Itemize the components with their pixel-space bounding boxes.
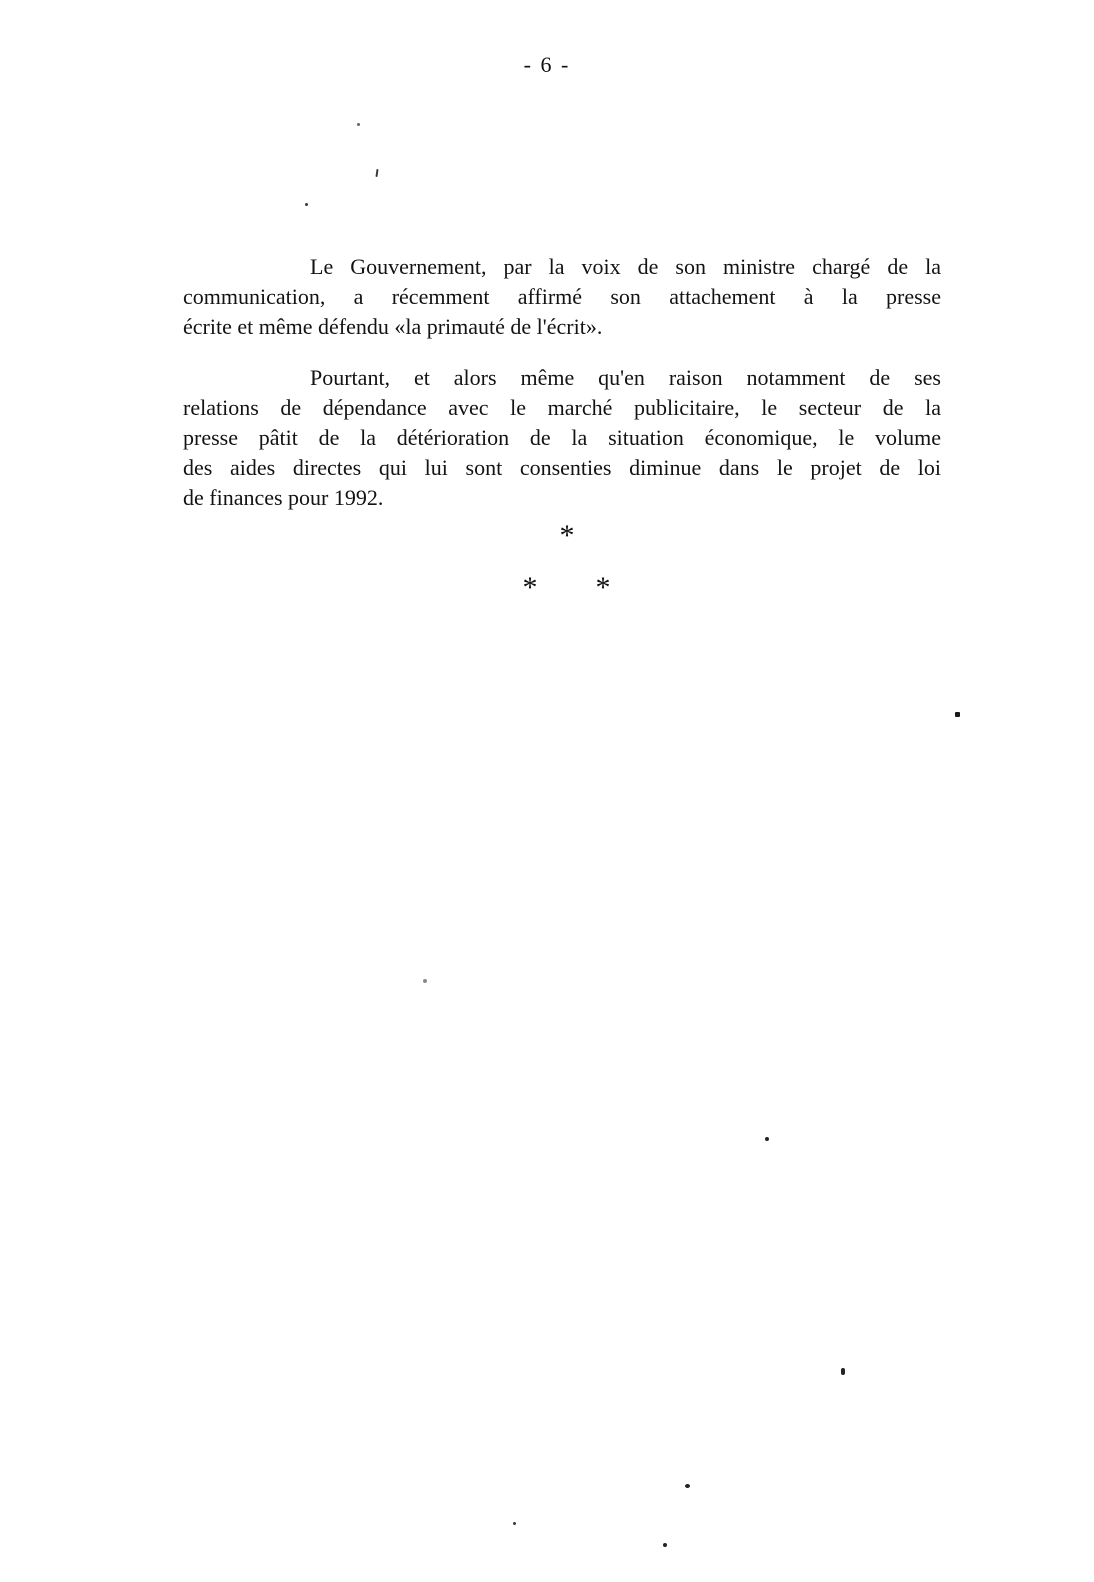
paragraph-1: Le Gouvernement, par la voix de son mini…: [183, 252, 941, 342]
paragraph-2-line-2: relations de dépendance avec le marché p…: [183, 393, 941, 423]
scan-speck: [305, 203, 308, 206]
separator-asterisk-left: *: [523, 573, 538, 603]
separator-asterisk-right: *: [596, 573, 611, 603]
scan-speck: [357, 123, 360, 126]
paragraph-2-line-4: des aides directes qui lui sont consenti…: [183, 453, 941, 483]
paragraph-2: Pourtant, et alors même qu'en raison not…: [183, 363, 941, 513]
scan-speck: [955, 712, 960, 717]
document-page: - 6 - Le Gouvernement, par la voix de so…: [0, 0, 1094, 1582]
scan-speck: [663, 1543, 667, 1547]
scan-speck: [765, 1137, 769, 1141]
paragraph-2-line-1: Pourtant, et alors même qu'en raison not…: [183, 363, 941, 393]
paragraph-2-line-5: de finances pour 1992.: [183, 483, 941, 513]
paragraph-2-line-3: presse pâtit de la détérioration de la s…: [183, 423, 941, 453]
paragraph-1-line-2: communication, a récemment affirmé son a…: [183, 282, 941, 312]
scan-speck: [513, 1522, 516, 1525]
scan-speck: [685, 1484, 690, 1488]
separator-asterisk-top: *: [560, 521, 575, 551]
paragraph-1-line-3: écrite et même défendu «la primauté de l…: [183, 312, 941, 342]
page-number: - 6 -: [0, 52, 1094, 78]
scan-speck: [841, 1368, 845, 1375]
paragraph-1-line-1: Le Gouvernement, par la voix de son mini…: [183, 252, 941, 282]
scan-speck: [375, 169, 378, 177]
scan-speck: [423, 979, 427, 983]
body-text: Le Gouvernement, par la voix de son mini…: [183, 252, 941, 534]
